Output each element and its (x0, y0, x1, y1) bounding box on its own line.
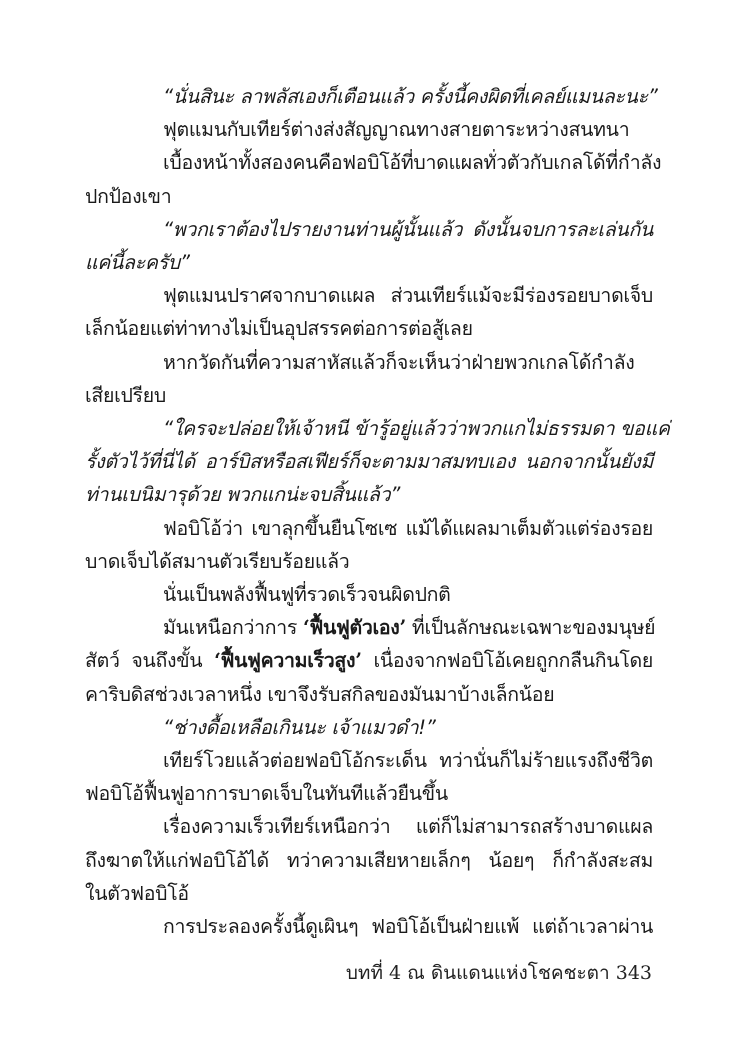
text-line: นั่นเป็นพลังฟื้นฟูที่รวดเร็วจนผิดปกติ (163, 578, 451, 611)
text-line: รั้งตัวไว้ที่นี่ได้ อาร์บิสหรือสเฟียร์ก็… (85, 445, 653, 478)
text-line: เบื้องหน้าทั้งสองคนคือฟอบิโอ้ที่บาดแผลทั… (163, 146, 653, 179)
text-line: คาริบดิสช่วงเวลาหนึ่ง เขาจึงรับสกิลของมั… (85, 678, 554, 711)
emphasized-term: ‘ฟื้นฟูตัวเอง’ (303, 616, 406, 639)
text-line: มันเหนือกว่าการ ‘ฟื้นฟูตัวเอง’ ที่เป็นลั… (163, 611, 653, 644)
text-line: เทียร์โวยแล้วต่อยฟอบิโอ้กระเด็น ทว่านั่น… (163, 744, 653, 777)
page-number: 343 (616, 962, 652, 984)
text-line: บาดเจ็บได้สมานตัวเรียบร้อยแล้ว (85, 545, 349, 578)
text-line: ฟอบิโอ้ฟื้นฟูอาการบาดเจ็บในทันทีแล้วยืนข… (85, 777, 448, 810)
text-line: “ช่างดื้อเหลือเกินนะ เจ้าแมวดำ!” (163, 711, 436, 744)
chapter-title: บทที่ 4 ณ ดินแดนแห่งโชคชะตา (346, 962, 610, 984)
line-segment: มันเหนือกว่าการ (163, 616, 303, 639)
text-line: สัตว์ จนถึงขั้น ‘ฟื้นฟูความเร็วสูง’ เนื่… (85, 644, 653, 677)
text-line: ฟุตแมนกับเทียร์ต่างส่งสัญญาณทางสายตาระหว… (163, 113, 629, 146)
text-line: การประลองครั้งนี้ดูเผินๆ ฟอบิโอ้เป็นฝ่าย… (163, 910, 653, 943)
text-line: เสียเปรียบ (85, 379, 166, 412)
text-line: ท่านเบนิมารุด้วย พวกแกน่ะจบสิ้นแล้ว” (85, 478, 400, 511)
text-line: “พวกเราต้องไปรายงานท่านผู้นั้นแล้ว ดังนั… (163, 213, 653, 246)
line-segment: ที่เป็นลักษณะเฉพาะของมนุษย์ (406, 616, 655, 639)
text-line: ฟอบิโอ้ว่า เขาลุกขึ้นยืนโซเซ แม้ได้แผลมา… (163, 512, 653, 545)
line-segment: เนื่องจากฟอบิโอ้เคยถูกกลืนกินโดย (362, 649, 653, 672)
text-line: เล็กน้อยแต่ท่าทางไม่เป็นอุปสรรคต่อการต่อ… (85, 312, 473, 345)
text-line: “นั่นสินะ ลาพลัสเองก็เตือนแล้ว ครั้งนี้ค… (163, 80, 658, 113)
text-line: แค่นี้ละครับ” (85, 246, 190, 279)
text-line: ถึงฆาตให้แก่ฟอบิโอ้ได้ ทว่าความเสียหายเล… (85, 844, 653, 877)
text-line: เรื่องความเร็วเทียร์เหนือกว่า แต่ก็ไม่สา… (163, 810, 653, 843)
text-line: ฟุตแมนปราศจากบาดแผล ส่วนเทียร์แม้จะมีร่อ… (163, 279, 653, 312)
page-footer: บทที่ 4 ณ ดินแดนแห่งโชคชะตา 343 (346, 957, 652, 989)
text-line: “ใครจะปล่อยให้เจ้าหนี ข้ารู้อยู่แล้วว่าพ… (163, 412, 653, 445)
text-line: ในตัวฟอบิโอ้ (85, 877, 189, 910)
emphasized-term: ‘ฟื้นฟูความเร็วสูง’ (214, 649, 362, 672)
line-segment: สัตว์ จนถึงขั้น (85, 649, 214, 672)
text-line: ปกป้องเขา (85, 180, 171, 213)
text-line: หากวัดกันที่ความสาหัสแล้วก็จะเห็นว่าฝ่าย… (163, 346, 653, 379)
